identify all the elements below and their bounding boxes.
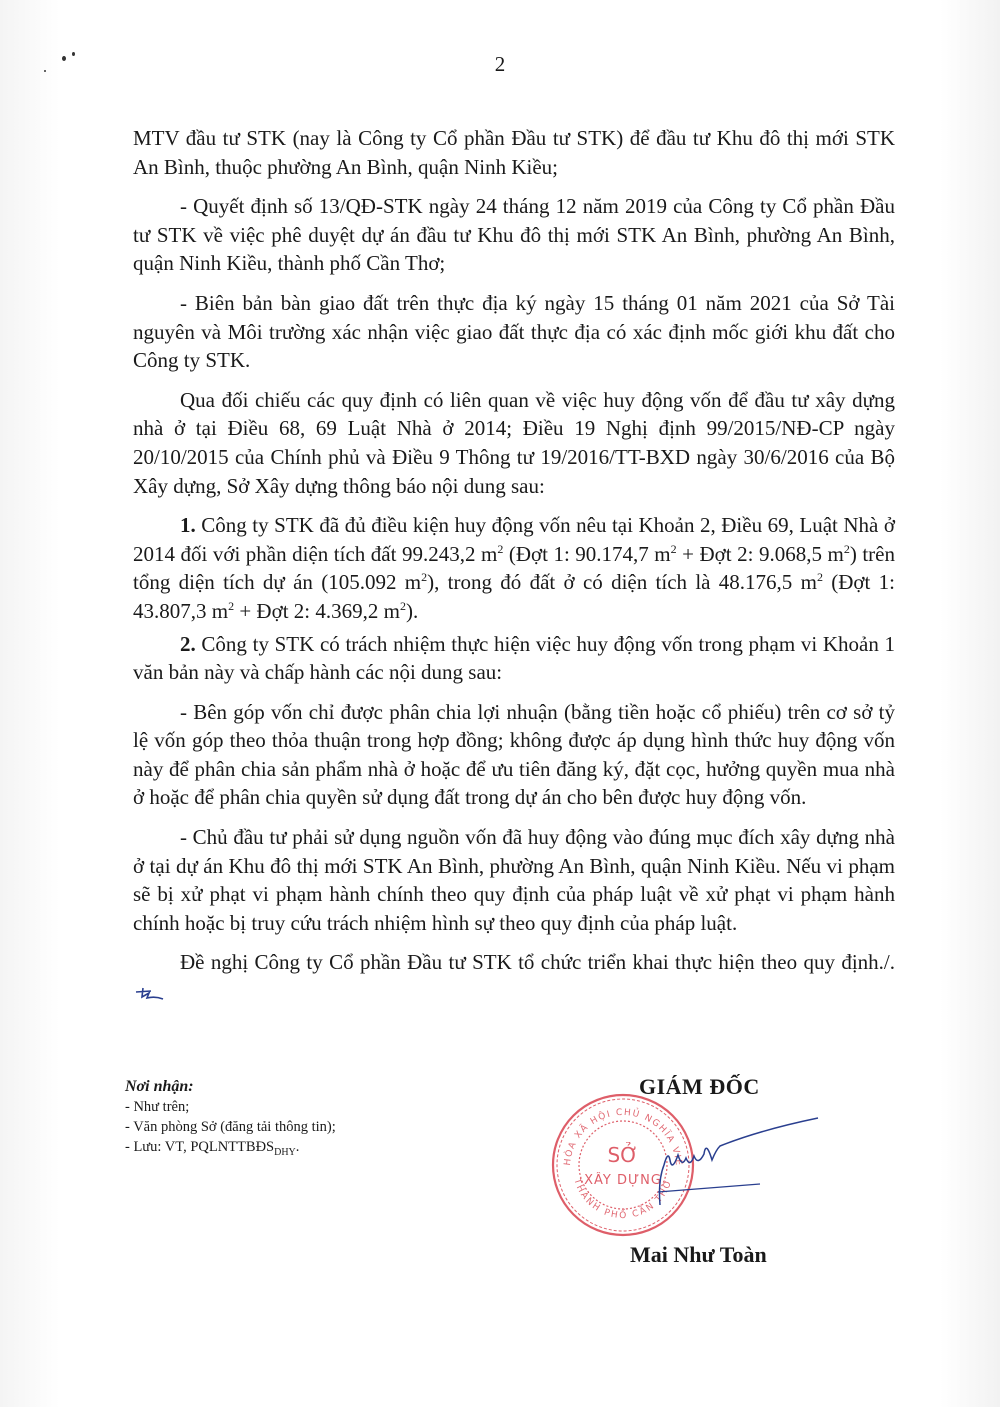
signer-name: Mai Như Toàn [630, 1242, 767, 1268]
signature-block: CỘNG HÒA XÃ HỘI CHỦ NGHĨA VIỆT NAM THÀNH… [555, 1070, 815, 1310]
item-1: 1. Công ty STK đã đủ điều kiện huy động … [133, 511, 895, 625]
closing-request: Đề nghị Công ty Cổ phần Đầu tư STK tổ ch… [133, 948, 895, 1005]
paragraph-decision: - Quyết định số 13/QĐ-STK ngày 24 tháng … [133, 192, 895, 278]
item-1-number: 1. [180, 513, 196, 537]
document-page: 2 MTV đầu tư STK (nay là Công ty Cổ phần… [0, 0, 1000, 1407]
item-2: 2. Công ty STK có trách nhiệm thực hiện … [133, 630, 895, 687]
recipients-title: Nơi nhận: [125, 1077, 336, 1097]
paragraph-handover: - Biên bản bàn giao đất trên thực địa ký… [133, 289, 895, 375]
obligation-capital-use: - Chủ đầu tư phải sử dụng nguồn vốn đã h… [133, 823, 895, 937]
handwritten-signature-icon [650, 1110, 820, 1220]
signer-title: GIÁM ĐỐC [639, 1074, 760, 1100]
recipient-item: - Văn phòng Sở (đăng tải thông tin); [125, 1117, 336, 1137]
initials-mark-icon [133, 984, 167, 1002]
obligation-profit-sharing: - Bên góp vốn chỉ được phân chia lợi nhu… [133, 698, 895, 812]
svg-text:SỞ: SỞ [608, 1142, 639, 1167]
paragraph-comparison: Qua đối chiếu các quy định có liên quan … [133, 386, 895, 500]
item-2-number: 2. [180, 632, 196, 656]
recipient-item: - Như trên; [125, 1097, 336, 1117]
recipient-item: - Lưu: VT, PQLNTTBĐSDHY. [125, 1137, 336, 1163]
page-number: 2 [0, 52, 1000, 77]
recipients-block: Nơi nhận: - Như trên; - Văn phòng Sở (đă… [125, 1077, 336, 1163]
document-body: MTV đầu tư STK (nay là Công ty Cổ phần Đ… [133, 124, 895, 1006]
paragraph-continuation: MTV đầu tư STK (nay là Công ty Cổ phần Đ… [133, 124, 895, 181]
